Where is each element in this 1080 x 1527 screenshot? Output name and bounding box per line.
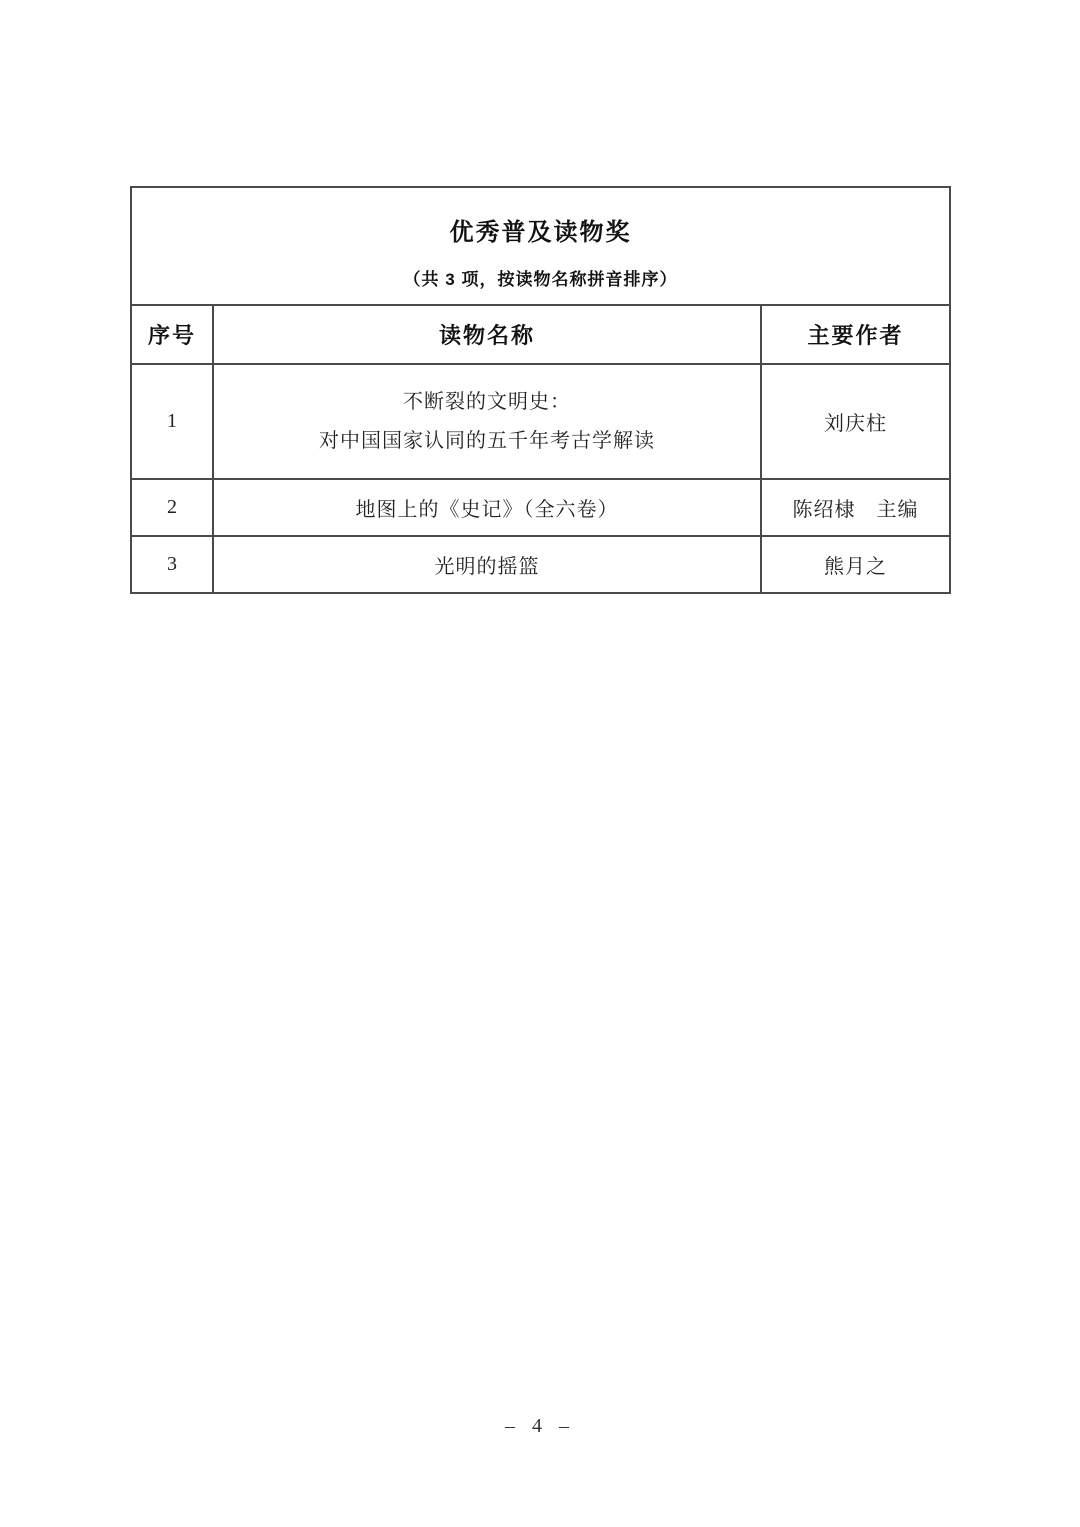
column-header-name: 读物名称 (213, 305, 761, 364)
row-author: 刘庆柱 (761, 364, 950, 479)
table-row: 1 不断裂的文明史： 对中国国家认同的五千年考古学解读 刘庆柱 (131, 364, 950, 479)
row-name-line2: 对中国国家认同的五千年考古学解读 (319, 429, 655, 453)
row-author: 陈绍棣 主编 (761, 479, 950, 536)
page-number: – 4 – (0, 1415, 1080, 1438)
row-name: 不断裂的文明史： 对中国国家认同的五千年考古学解读 (213, 364, 761, 479)
row-seq: 2 (131, 479, 213, 536)
table-row: 2 地图上的《史记》（全六卷） 陈绍棣 主编 (131, 479, 950, 536)
row-seq: 1 (131, 364, 213, 479)
row-name-line1: 不断裂的文明史： (403, 390, 571, 414)
row-name-lines: 不断裂的文明史： 对中国国家认同的五千年考古学解读 (214, 366, 760, 477)
table-title: 优秀普及读物奖 (132, 212, 949, 247)
row-name: 地图上的《史记》（全六卷） (213, 479, 761, 536)
table-header-row: 序号 读物名称 主要作者 (131, 305, 950, 364)
table-subtitle: （共 3 项，按读物名称拼音排序） (132, 265, 949, 290)
table-title-row: 优秀普及读物奖 （共 3 项，按读物名称拼音排序） (131, 187, 950, 305)
row-seq: 3 (131, 536, 213, 593)
column-header-author: 主要作者 (761, 305, 950, 364)
document-page: 优秀普及读物奖 （共 3 项，按读物名称拼音排序） 序号 读物名称 主要作者 1… (0, 0, 1080, 1527)
table-row: 3 光明的摇篮 熊月之 (131, 536, 950, 593)
table-title-cell: 优秀普及读物奖 （共 3 项，按读物名称拼音排序） (131, 187, 950, 305)
row-author: 熊月之 (761, 536, 950, 593)
row-name: 光明的摇篮 (213, 536, 761, 593)
award-table: 优秀普及读物奖 （共 3 项，按读物名称拼音排序） 序号 读物名称 主要作者 1… (130, 186, 951, 594)
column-header-seq: 序号 (131, 305, 213, 364)
